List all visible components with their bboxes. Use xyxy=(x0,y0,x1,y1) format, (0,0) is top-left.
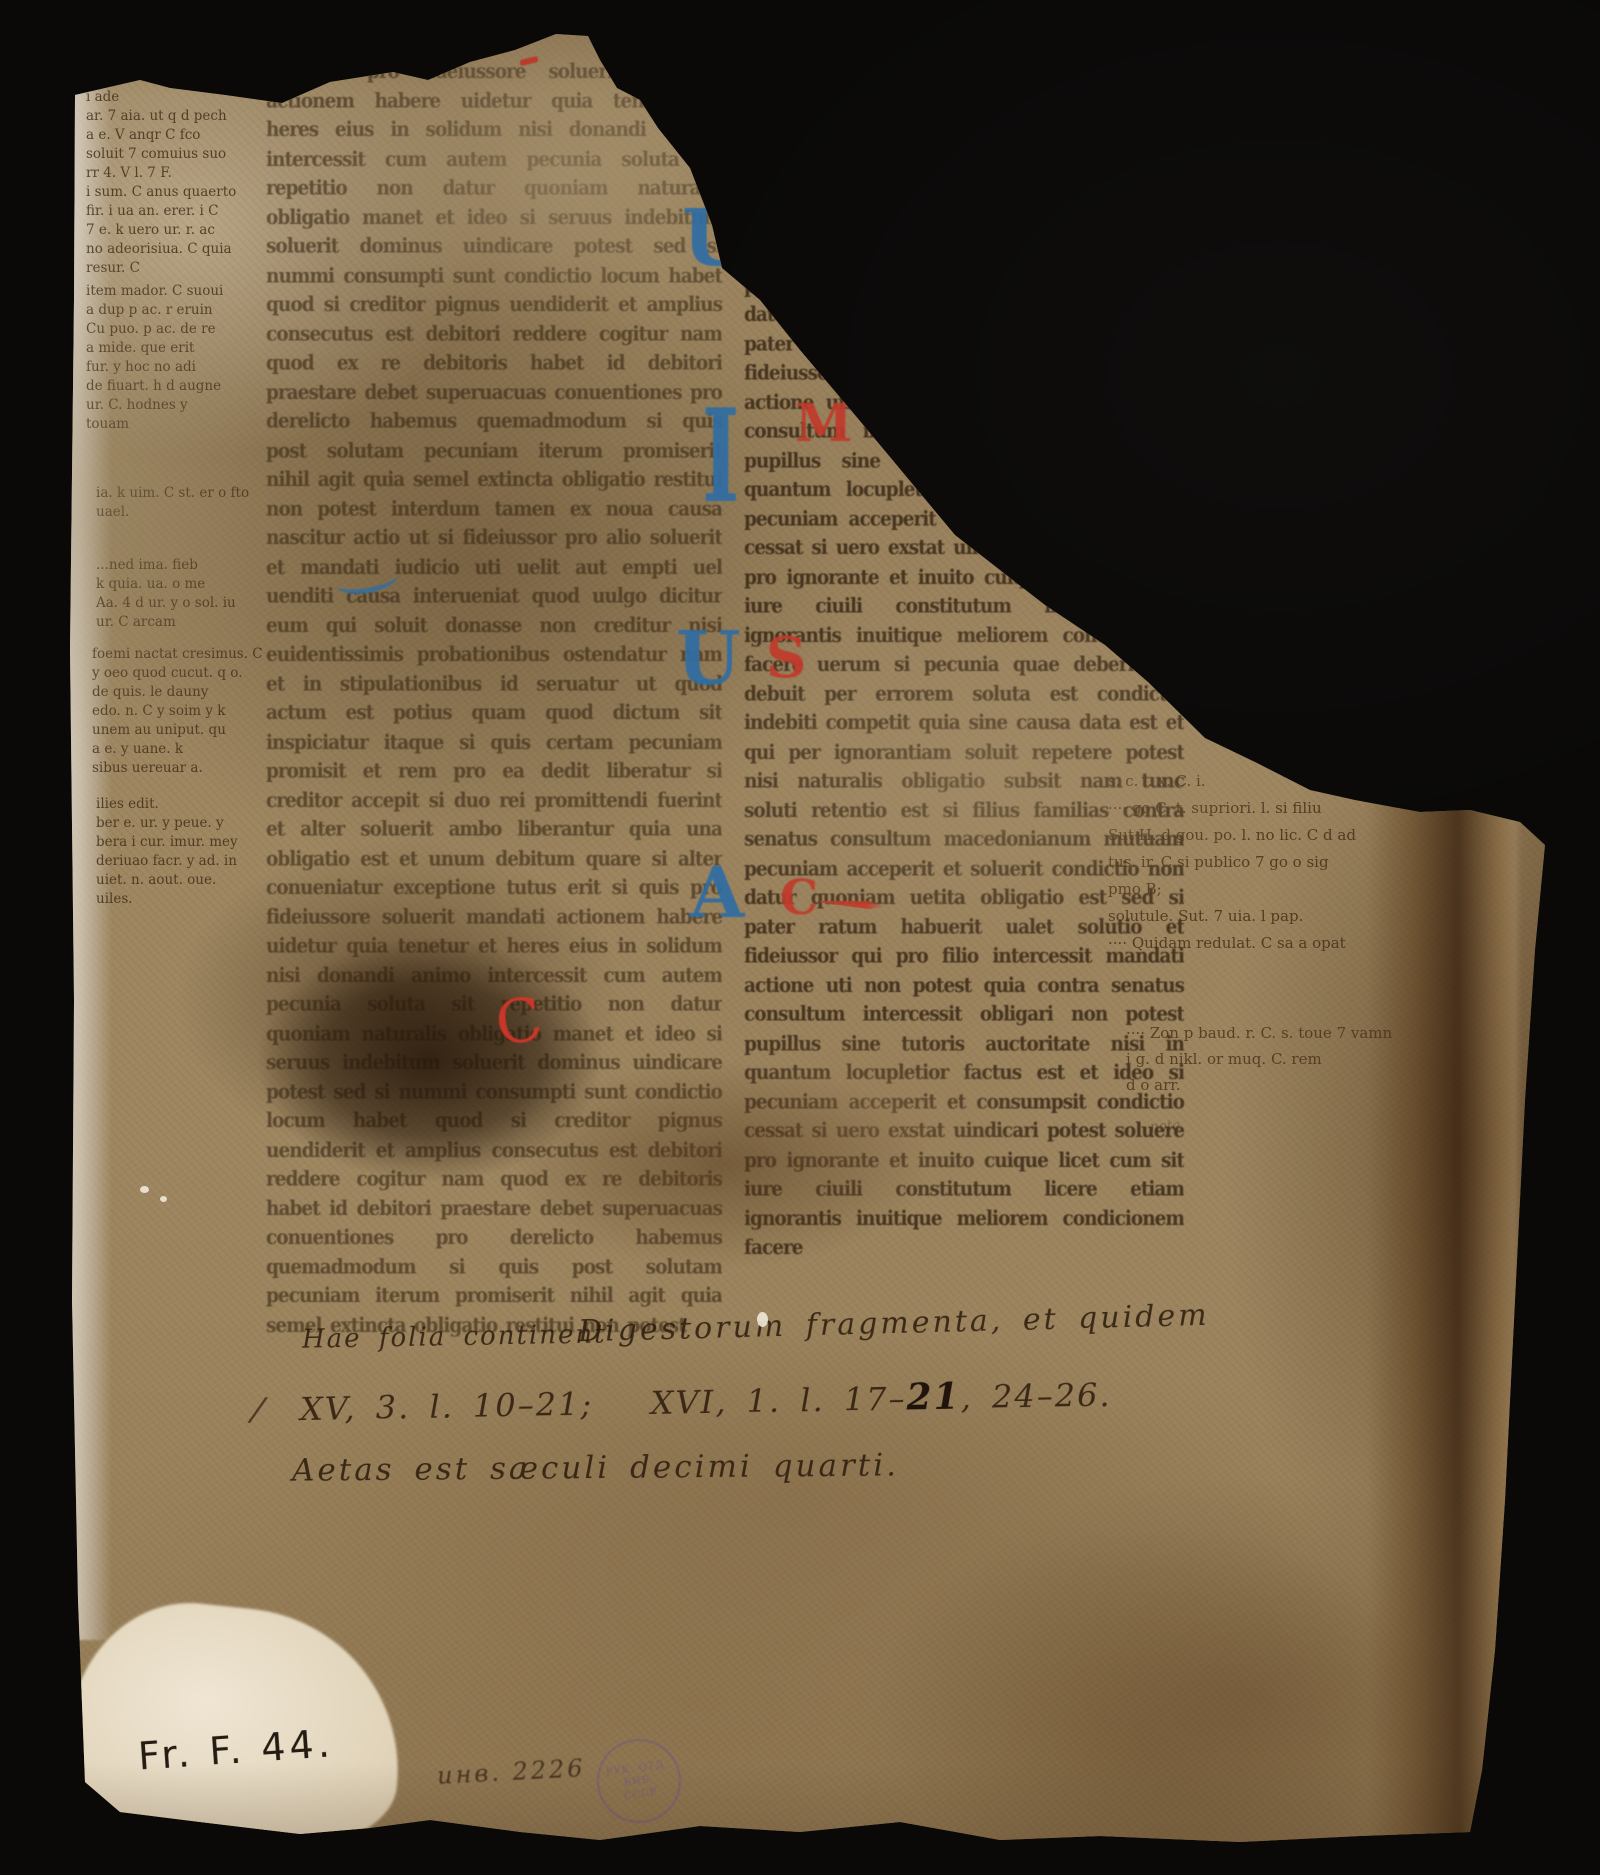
photograph-background: si quis pro fideiussore soluerit mandati… xyxy=(0,0,1600,1875)
initial-U-top: U xyxy=(682,200,750,278)
left-margin-gloss-3: ia. k uim. C st. er o fto uael. xyxy=(96,484,286,522)
initial-C-flourish: C xyxy=(780,874,818,922)
manuscript-text-column-right: uerum si pecunia quae deberi non debuit … xyxy=(744,68,1184,1333)
left-margin-gloss-2: item mador. C suoui a dup p ac. r eruin … xyxy=(86,282,276,434)
left-margin-gloss-6: ilies edit. ber e. ur. y peue. y bera i … xyxy=(96,795,286,909)
right-margin-gloss-0: a ny ameit xyxy=(1120,556,1320,594)
left-margin-gloss-4: ...ned ima. fieb k quia. ua. o me Aa. 4 … xyxy=(96,556,286,632)
initial-I-tall: I xyxy=(702,392,739,520)
parchment-fleck-1 xyxy=(757,1312,768,1327)
library-stamp: РУК. ОТД. БИБ. СССР xyxy=(592,1734,687,1829)
blue-edge-mark-1 xyxy=(661,77,681,99)
initial-U-mid: U xyxy=(676,622,741,696)
parchment-fleck-3 xyxy=(160,1196,167,1202)
annotation-aetas: Aetas est sæculi decimi quarti. xyxy=(292,1447,899,1488)
parchment-fragment: si quis pro fideiussore soluerit mandati… xyxy=(0,0,1600,1875)
initial-M: M xyxy=(795,398,853,450)
parchment-fleck-2 xyxy=(140,1186,149,1193)
annotation-hae-folia: Hae folia continent xyxy=(302,1319,607,1354)
annotation-citation: XV, 3. l. 10–21; XVI, 1. l. 17–21, 24–26… xyxy=(300,1373,1112,1429)
citation-suffix: , 24–26. xyxy=(960,1376,1112,1417)
check-mark: ∕ xyxy=(249,1389,268,1430)
inventory-number: инв. 2226 xyxy=(436,1754,586,1790)
blue-edge-mark-2 xyxy=(673,105,693,120)
citation-overwritten-21: 21 xyxy=(906,1376,961,1419)
left-margin-gloss-5: foemi nactat cresimus. C y oeo quod cucu… xyxy=(92,645,287,778)
right-margin-gloss-2: ···· Zon p baud. r. C. s. toue 7 vamn i … xyxy=(1126,1020,1456,1098)
manuscript-text-column-left: si quis pro fideiussore soluerit mandati… xyxy=(266,58,722,1340)
left-margin-gloss-1: i ade ar. 7 aia. ut q d pech a e. V anqr… xyxy=(86,88,276,278)
citation-prefix: XV, 3. l. 10–21; XVI, 1. l. 17– xyxy=(300,1379,907,1428)
initial-A: A xyxy=(690,858,744,928)
initial-S: S xyxy=(766,630,806,686)
right-margin-gloss-1: s. c. l. x. C. i. ···· go C. t. supriori… xyxy=(1108,768,1458,957)
